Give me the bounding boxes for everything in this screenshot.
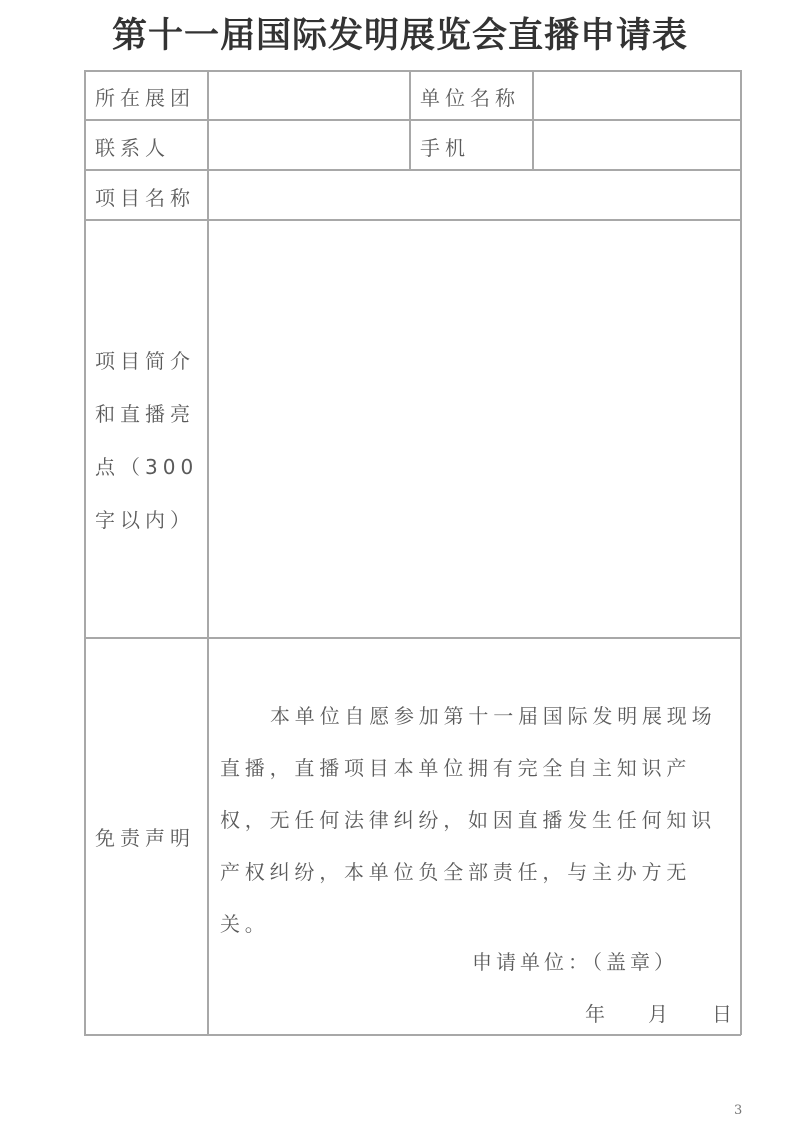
organization-name-field[interactable] [534,72,739,118]
form-title: 第十一届国际发明展览会直播申请表 [0,8,800,58]
disclaimer-line: 本单位自愿参加第十一届国际发明展现场 [220,690,732,742]
date-day-label: 日 [712,998,736,1027]
table-border-bottom [84,1034,741,1036]
disclaimer-line: 直播，直播项目本单位拥有完全自主知识产 [220,742,732,794]
disclaimer-text: 本单位自愿参加第十一届国际发明展现场 直播，直播项目本单位拥有完全自主知识产 权… [220,690,732,950]
row-divider [84,637,741,639]
label-disclaimer: 免责声明 [95,822,195,851]
label-exhibition-group: 所在展团 [95,82,195,111]
project-name-field[interactable] [209,171,739,218]
date-year-label: 年 [585,998,609,1027]
disclaimer-line: 关。 [220,898,732,950]
contact-person-field[interactable] [209,121,408,168]
label-line: 点（300 [95,441,198,494]
label-line: 字以内） [95,494,198,547]
label-project-intro: 项目简介 和直播亮 点（300 字以内） [95,335,198,547]
project-intro-field[interactable] [209,221,739,636]
disclaimer-line: 产权纠纷，本单位负全部责任，与主办方无 [220,846,732,898]
table-border-left [84,70,86,1035]
label-line: 项目简介 [95,335,198,388]
label-contact-person: 联系人 [95,132,170,161]
label-organization-name: 单位名称 [420,82,520,111]
label-mobile: 手机 [420,132,470,161]
mobile-field[interactable] [534,121,739,168]
label-line: 和直播亮 [95,388,198,441]
column-divider [409,70,411,170]
disclaimer-line: 权，无任何法律纠纷，如因直播发生任何知识 [220,794,732,846]
exhibition-group-field[interactable] [209,72,408,118]
date-month-label: 月 [648,998,672,1027]
table-border-right [740,70,742,1035]
applicant-seal-label: 申请单位：（盖章） [472,946,678,975]
page-number: 3 [734,1103,742,1118]
label-project-name: 项目名称 [95,182,195,211]
